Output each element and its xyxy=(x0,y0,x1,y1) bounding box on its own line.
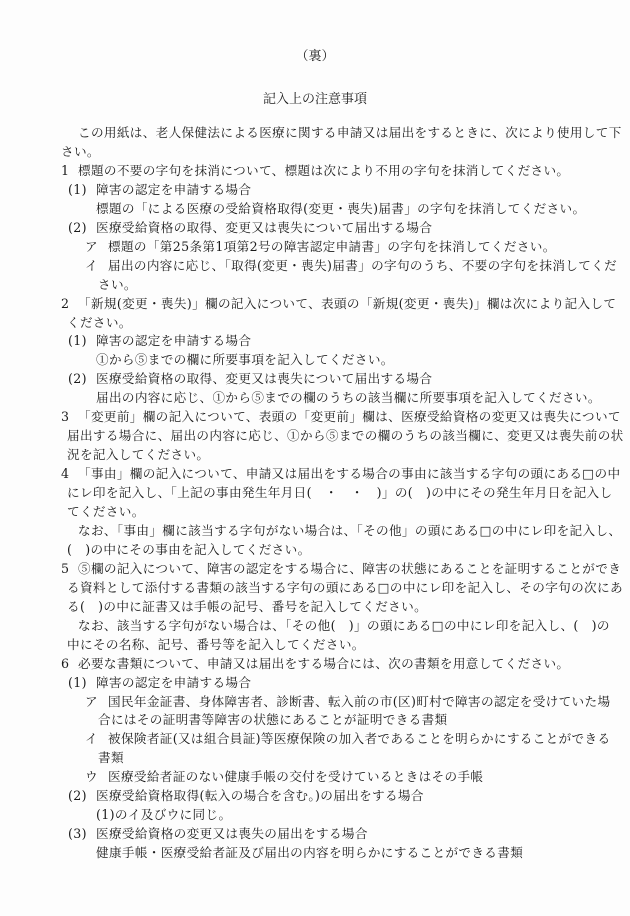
numbered-line: (2)医療受給資格の取得、変更又は喪失について届出する場合 xyxy=(68,218,432,237)
line-text: ①から⑤までの欄に所要事項を記入してください。 xyxy=(96,352,394,367)
numbered-line: 2「新規(変更・喪失)」欄の記入について、表頭の「新規(変更・喪失)」欄は次によ… xyxy=(61,294,616,313)
document-page: （裏） 記入上の注意事項 この用紙は、老人保健法による医療に関する申請又は届出を… xyxy=(0,0,630,916)
line-text: る( )の中に証書又は手帳の記号、番号を記入してください。 xyxy=(67,599,427,614)
numbered-line: ア標題の「第25条第1項第2号の障害認定申請書」の字句を抹消してください。 xyxy=(85,237,556,256)
line-text: ⑤欄の記入について、障害の認定をする場合に、障害の状態にあることを証明することが… xyxy=(78,561,621,576)
line-text: 医療受給資格の変更又は喪失の届出をする場合 xyxy=(96,826,368,841)
line-text: 医療受給資格の取得、変更又は喪失について届出する場合 xyxy=(96,371,432,386)
text-line: る( )の中に証書又は手帳の記号、番号を記入してください。 xyxy=(67,597,427,616)
text-line: 届出する場合に、届出の内容に応じ、①から⑤までの欄のうちの該当欄に、変更又は喪失… xyxy=(67,426,624,445)
line-text: 国民年金証書、身体障害者、診断書、転入前の市(区)町村で障害の認定を受けていた場 xyxy=(108,694,610,709)
numbered-line: イ被保険者証(又は組合員証)等医療保険の加入者であることを明らかにすることができ… xyxy=(85,729,610,748)
item-marker: 6 xyxy=(61,654,78,673)
page-title: 記入上の注意事項 xyxy=(0,90,630,109)
item-marker: (1) xyxy=(68,180,96,199)
item-marker: (1) xyxy=(68,331,96,350)
text-line: 健康手帳・医療受給者証及び届出の内容を明らかにすることができる書類 xyxy=(96,843,523,862)
line-text: 「事由」欄の記入について、申請又は届出をする場合の事由に該当する字句の頭にある□… xyxy=(78,466,620,481)
line-text: 標題の「第25条第1項第2号の障害認定申請書」の字句を抹消してください。 xyxy=(108,239,556,254)
text-line: ください。 xyxy=(67,313,132,332)
text-line: さい。 xyxy=(98,275,137,294)
numbered-line: 5⑤欄の記入について、障害の認定をする場合に、障害の状態にあることを証明すること… xyxy=(61,559,621,578)
line-text: 障害の認定を申請する場合 xyxy=(96,333,251,348)
line-text: 届出の内容に応じ、「取得(変更・喪失)届書」の字句のうち、不要の字句を抹消してく… xyxy=(108,258,617,273)
numbered-line: (1)障害の認定を申請する場合 xyxy=(68,180,251,199)
numbered-line: (2)医療受給資格の取得、変更又は喪失について届出する場合 xyxy=(68,369,432,388)
item-marker: ウ xyxy=(85,767,108,786)
line-text: 届出の内容に応じ、①から⑤までの欄のうちの該当欄に所要事項を記入してください。 xyxy=(96,390,601,405)
numbered-line: 3「変更前」欄の記入について、表頭の「変更前」欄は、医療受給資格の変更又は喪失に… xyxy=(61,407,621,426)
item-marker: イ xyxy=(85,729,108,748)
text-line: この用紙は、老人保健法による医療に関する申請又は届出をするときに、次により使用し… xyxy=(78,123,622,142)
item-marker: (2) xyxy=(68,218,96,237)
item-marker: 5 xyxy=(61,559,78,578)
line-text: 合にはその証明書等障害の状態にあることが証明できる書類 xyxy=(98,712,447,727)
line-text: 書類 xyxy=(98,750,124,765)
text-line: 書類 xyxy=(98,748,124,767)
item-marker: (3) xyxy=(68,824,96,843)
text-line: なお、「事由」欄に該当する字句がない場合は、「その他」の頭にある□の中にレ印を記… xyxy=(78,521,621,540)
line-text: 況を記入してください。 xyxy=(67,447,209,462)
line-text: (1)のイ及びウに同じ。 xyxy=(96,807,231,822)
line-text: 標題の不要の字句を抹消について、標題は次により不用の字句を抹消してください。 xyxy=(78,163,569,178)
line-text: にレ印を記入し、「上記の事由発生年月日( ・ ・ )」の( )の中にその発生年月… xyxy=(67,485,612,500)
numbered-line: 6必要な書類について、申請又は届出をする場合には、次の書類を用意してください。 xyxy=(61,654,569,673)
item-marker: 4 xyxy=(61,464,78,483)
line-text: さい。 xyxy=(98,277,137,292)
line-text: なお、該当する字句がない場合は、「その他( )」の頭にある□の中にレ印を記入し、… xyxy=(78,618,610,633)
text-line: てください。 xyxy=(67,502,145,521)
item-marker: 2 xyxy=(61,294,78,313)
text-line: (1)のイ及びウに同じ。 xyxy=(96,805,231,824)
line-text: 中にその名称、記号、番号等を記入してください。 xyxy=(67,637,365,652)
line-text: 届出する場合に、届出の内容に応じ、①から⑤までの欄のうちの該当欄に、変更又は喪失… xyxy=(67,428,624,443)
numbered-line: (2)医療受給資格取得(転入の場合を含む。)の届出をする場合 xyxy=(68,786,424,805)
line-text: 「変更前」欄の記入について、表頭の「変更前」欄は、医療受給資格の変更又は喪失につ… xyxy=(78,409,621,424)
line-text: さい。 xyxy=(61,144,100,159)
item-marker: 3 xyxy=(61,407,78,426)
text-line: 届出の内容に応じ、①から⑤までの欄のうちの該当欄に所要事項を記入してください。 xyxy=(96,388,601,407)
line-text: 健康手帳・医療受給者証及び届出の内容を明らかにすることができる書類 xyxy=(96,845,523,860)
line-text: 医療受給者証のない健康手帳の交付を受けているときはその手帳 xyxy=(108,769,483,784)
line-text: 医療受給資格の取得、変更又は喪失について届出する場合 xyxy=(96,220,432,235)
item-marker: (1) xyxy=(68,673,96,692)
side-label: （裏） xyxy=(0,47,630,66)
text-line: 況を記入してください。 xyxy=(67,445,209,464)
text-line: さい。 xyxy=(61,142,100,161)
line-text: なお、「事由」欄に該当する字句がない場合は、「その他」の頭にある□の中にレ印を記… xyxy=(78,523,621,538)
text-line: 標題の「による医療の受給資格取得(変更・喪失)届書」の字句を抹消してください。 xyxy=(96,199,585,218)
line-text: 障害の認定を申請する場合 xyxy=(96,675,251,690)
text-line: 合にはその証明書等障害の状態にあることが証明できる書類 xyxy=(98,710,447,729)
line-text: 障害の認定を申請する場合 xyxy=(96,182,251,197)
line-text: ( )の中にその事由を記入してください。 xyxy=(67,542,311,557)
numbered-line: 4「事由」欄の記入について、申請又は届出をする場合の事由に該当する字句の頭にある… xyxy=(61,464,620,483)
text-line: なお、該当する字句がない場合は、「その他( )」の頭にある□の中にレ印を記入し、… xyxy=(78,616,610,635)
item-marker: ア xyxy=(85,237,108,256)
line-text: 医療受給資格取得(転入の場合を含む。)の届出をする場合 xyxy=(96,788,424,803)
numbered-line: 1標題の不要の字句を抹消について、標題は次により不用の字句を抹消してください。 xyxy=(61,161,569,180)
numbered-line: (1)障害の認定を申請する場合 xyxy=(68,331,251,350)
item-marker: 1 xyxy=(61,161,78,180)
item-marker: ア xyxy=(85,692,108,711)
numbered-line: ウ医療受給者証のない健康手帳の交付を受けているときはその手帳 xyxy=(85,767,483,786)
text-line: ①から⑤までの欄に所要事項を記入してください。 xyxy=(96,350,394,369)
line-text: 必要な書類について、申請又は届出をする場合には、次の書類を用意してください。 xyxy=(78,656,569,671)
numbered-line: (3)医療受給資格の変更又は喪失の届出をする場合 xyxy=(68,824,368,843)
line-text: この用紙は、老人保健法による医療に関する申請又は届出をするときに、次により使用し… xyxy=(78,125,622,140)
line-text: 標題の「による医療の受給資格取得(変更・喪失)届書」の字句を抹消してください。 xyxy=(96,201,585,216)
text-line: 中にその名称、記号、番号等を記入してください。 xyxy=(67,635,365,654)
numbered-line: ア国民年金証書、身体障害者、診断書、転入前の市(区)町村で障害の認定を受けていた… xyxy=(85,692,610,711)
text-line: ( )の中にその事由を記入してください。 xyxy=(67,540,311,559)
line-text: 「新規(変更・喪失)」欄の記入について、表頭の「新規(変更・喪失)」欄は次により… xyxy=(78,296,616,311)
line-text: 被保険者証(又は組合員証)等医療保険の加入者であることを明らかにすることができる xyxy=(108,731,610,746)
numbered-line: イ届出の内容に応じ、「取得(変更・喪失)届書」の字句のうち、不要の字句を抹消して… xyxy=(85,256,617,275)
text-line: にレ印を記入し、「上記の事由発生年月日( ・ ・ )」の( )の中にその発生年月… xyxy=(67,483,612,502)
line-text: てください。 xyxy=(67,504,145,519)
line-text: る資料として添付する書類の該当する字句の頭にある□の中にレ印を記入し、その字句の… xyxy=(67,580,623,595)
item-marker: (2) xyxy=(68,786,96,805)
line-text: ください。 xyxy=(67,315,132,330)
text-line: る資料として添付する書類の該当する字句の頭にある□の中にレ印を記入し、その字句の… xyxy=(67,578,623,597)
item-marker: イ xyxy=(85,256,108,275)
item-marker: (2) xyxy=(68,369,96,388)
numbered-line: (1)障害の認定を申請する場合 xyxy=(68,673,251,692)
